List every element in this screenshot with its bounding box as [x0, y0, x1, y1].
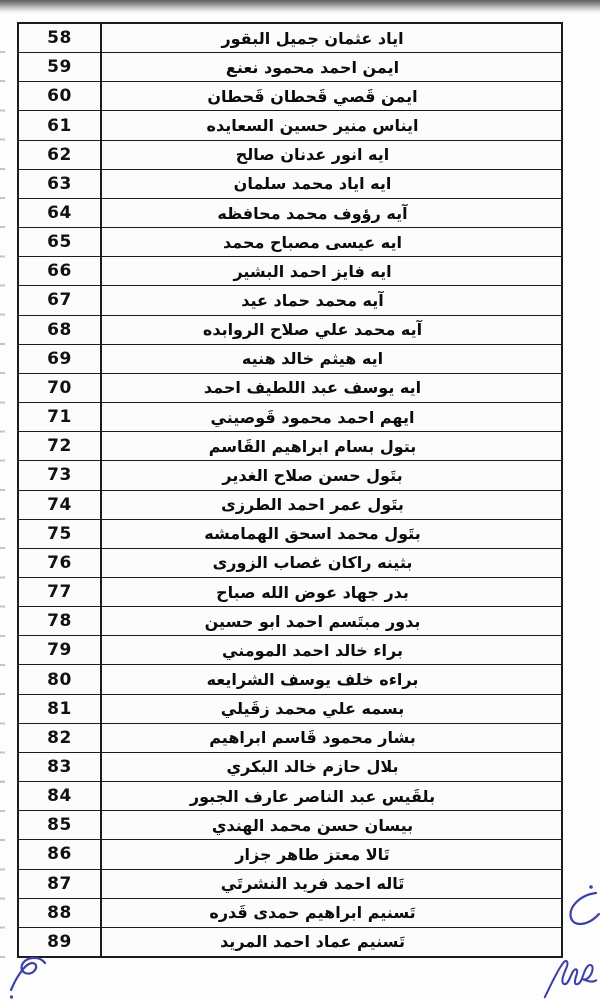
row-name: بتَول حسن صلاح الغدير [102, 461, 561, 489]
row-name: ايه اياد محمد سلمان [102, 170, 561, 198]
handwritten-signature-bottom-right-icon [540, 957, 600, 1000]
table-row: 88 تَسنيم ابراهيم حمدى قَدره [19, 899, 561, 928]
row-number: 76 [19, 549, 102, 577]
table-row: 71 ايهم احمد محمود قَوصيني [19, 403, 561, 432]
row-name: بيسان حسن محمد الهندي [102, 811, 561, 839]
row-number: 83 [19, 753, 102, 781]
row-number: 68 [19, 316, 102, 344]
row-name: اياد عثمان جميل البقور [102, 24, 561, 52]
row-number: 88 [19, 899, 102, 927]
row-number: 86 [19, 840, 102, 868]
table-row: 76 بثينه راكان غصاب الزورى [19, 549, 561, 578]
row-name: آيه محمد حماد عيد [102, 286, 561, 314]
scan-left-edge-artifacts [0, 51, 5, 959]
row-number: 78 [19, 607, 102, 635]
row-number: 58 [19, 24, 102, 52]
row-number: 82 [19, 724, 102, 752]
row-name: براءه خلف يوسف الشرايعه [102, 665, 561, 693]
row-number: 75 [19, 520, 102, 548]
table-row: 74 بتَول عمر احمد الطرزى [19, 491, 561, 520]
row-name: بسمه علي محمد زقَيلي [102, 695, 561, 723]
table-row: 77 بدر جهاد عوض الله صباح [19, 578, 561, 607]
row-number: 89 [19, 928, 102, 956]
row-number: 84 [19, 782, 102, 810]
row-name: ايه هيثم خالد هنيه [102, 345, 561, 373]
row-number: 61 [19, 111, 102, 139]
row-name: تَاله احمد فريد النشرتَي [102, 870, 561, 898]
table-row: 89 تَسنيم عماد احمد المريد [19, 928, 561, 956]
row-number: 63 [19, 170, 102, 198]
table-row: 67 آيه محمد حماد عيد [19, 286, 561, 315]
roster-table: 58 اياد عثمان جميل البقور 59 ايمن احمد م… [17, 22, 563, 958]
row-number: 74 [19, 491, 102, 519]
row-number: 66 [19, 257, 102, 285]
table-row: 58 اياد عثمان جميل البقور [19, 24, 561, 53]
row-name: بتَول محمد اسحق الهمامشه [102, 520, 561, 548]
row-name: بلال حازم خالد البكري [102, 753, 561, 781]
row-number: 77 [19, 578, 102, 606]
row-name: بثينه راكان غصاب الزورى [102, 549, 561, 577]
table-row: 63 ايه اياد محمد سلمان [19, 170, 561, 199]
row-name: بتول بسام ابراهيم القَاسم [102, 432, 561, 460]
row-name: تَسنيم عماد احمد المريد [102, 928, 561, 956]
row-name: ايمن قَصي قَحطان قَحطان [102, 82, 561, 110]
row-name: براء خالد احمد المومني [102, 636, 561, 664]
row-number: 81 [19, 695, 102, 723]
table-row: 87 تَاله احمد فريد النشرتَي [19, 870, 561, 899]
row-name: بلقَيس عبد الناصر عارف الجبور [102, 782, 561, 810]
table-row: 60 ايمن قَصي قَحطان قَحطان [19, 82, 561, 111]
row-name: بتَول عمر احمد الطرزى [102, 491, 561, 519]
row-number: 87 [19, 870, 102, 898]
row-name: آيه رؤوف محمد محافظه [102, 199, 561, 227]
handwritten-mark-right-edge-icon [563, 880, 600, 932]
table-row: 66 ايه فايز احمد البشير [19, 257, 561, 286]
table-row: 86 تَالا معتز طاهر جزار [19, 840, 561, 869]
row-number: 85 [19, 811, 102, 839]
row-number: 70 [19, 374, 102, 402]
table-row: 69 ايه هيثم خالد هنيه [19, 345, 561, 374]
table-row: 85 بيسان حسن محمد الهندي [19, 811, 561, 840]
row-number: 60 [19, 82, 102, 110]
table-row: 80 براءه خلف يوسف الشرايعه [19, 665, 561, 694]
table-row: 81 بسمه علي محمد زقَيلي [19, 695, 561, 724]
table-row: 83 بلال حازم خالد البكري [19, 753, 561, 782]
row-number: 67 [19, 286, 102, 314]
row-name: آيه محمد علي صلاح الروابده [102, 316, 561, 344]
scanned-document-page: 58 اياد عثمان جميل البقور 59 ايمن احمد م… [0, 0, 600, 1000]
row-name: ايهم احمد محمود قَوصيني [102, 403, 561, 431]
row-name: بدر جهاد عوض الله صباح [102, 578, 561, 606]
row-name: ايه عيسى مصباح محمد [102, 228, 561, 256]
table-row: 78 بدور مبتَسم احمد ابو حسين [19, 607, 561, 636]
row-name: ايه انور عدنان صالح [102, 141, 561, 169]
row-name: ايه يوسف عبد اللطيف احمد [102, 374, 561, 402]
row-name: ايه فايز احمد البشير [102, 257, 561, 285]
table-row: 61 ايناس منير حسين السعايده [19, 111, 561, 140]
row-name: ايناس منير حسين السعايده [102, 111, 561, 139]
row-number: 72 [19, 432, 102, 460]
table-row: 68 آيه محمد علي صلاح الروابده [19, 316, 561, 345]
table-row: 70 ايه يوسف عبد اللطيف احمد [19, 374, 561, 403]
row-number: 80 [19, 665, 102, 693]
row-name: تَسنيم ابراهيم حمدى قَدره [102, 899, 561, 927]
row-number: 59 [19, 53, 102, 81]
row-name: بشار محمود قَاسم ابراهيم [102, 724, 561, 752]
row-number: 65 [19, 228, 102, 256]
row-number: 73 [19, 461, 102, 489]
row-number: 79 [19, 636, 102, 664]
row-number: 62 [19, 141, 102, 169]
table-row: 62 ايه انور عدنان صالح [19, 141, 561, 170]
row-name: تَالا معتز طاهر جزار [102, 840, 561, 868]
handwritten-signature-bottom-left-icon [8, 954, 52, 1000]
row-number: 71 [19, 403, 102, 431]
row-number: 64 [19, 199, 102, 227]
table-row: 79 براء خالد احمد المومني [19, 636, 561, 665]
table-row: 73 بتَول حسن صلاح الغدير [19, 461, 561, 490]
table-row: 84 بلقَيس عبد الناصر عارف الجبور [19, 782, 561, 811]
table-row: 72 بتول بسام ابراهيم القَاسم [19, 432, 561, 461]
table-row: 65 ايه عيسى مصباح محمد [19, 228, 561, 257]
table-row: 82 بشار محمود قَاسم ابراهيم [19, 724, 561, 753]
scan-top-edge-artifact [0, 0, 600, 14]
table-row: 75 بتَول محمد اسحق الهمامشه [19, 520, 561, 549]
roster-table-body: 58 اياد عثمان جميل البقور 59 ايمن احمد م… [19, 24, 561, 956]
table-row: 59 ايمن احمد محمود نعنع [19, 53, 561, 82]
table-row: 64 آيه رؤوف محمد محافظه [19, 199, 561, 228]
row-number: 69 [19, 345, 102, 373]
row-name: بدور مبتَسم احمد ابو حسين [102, 607, 561, 635]
row-name: ايمن احمد محمود نعنع [102, 53, 561, 81]
